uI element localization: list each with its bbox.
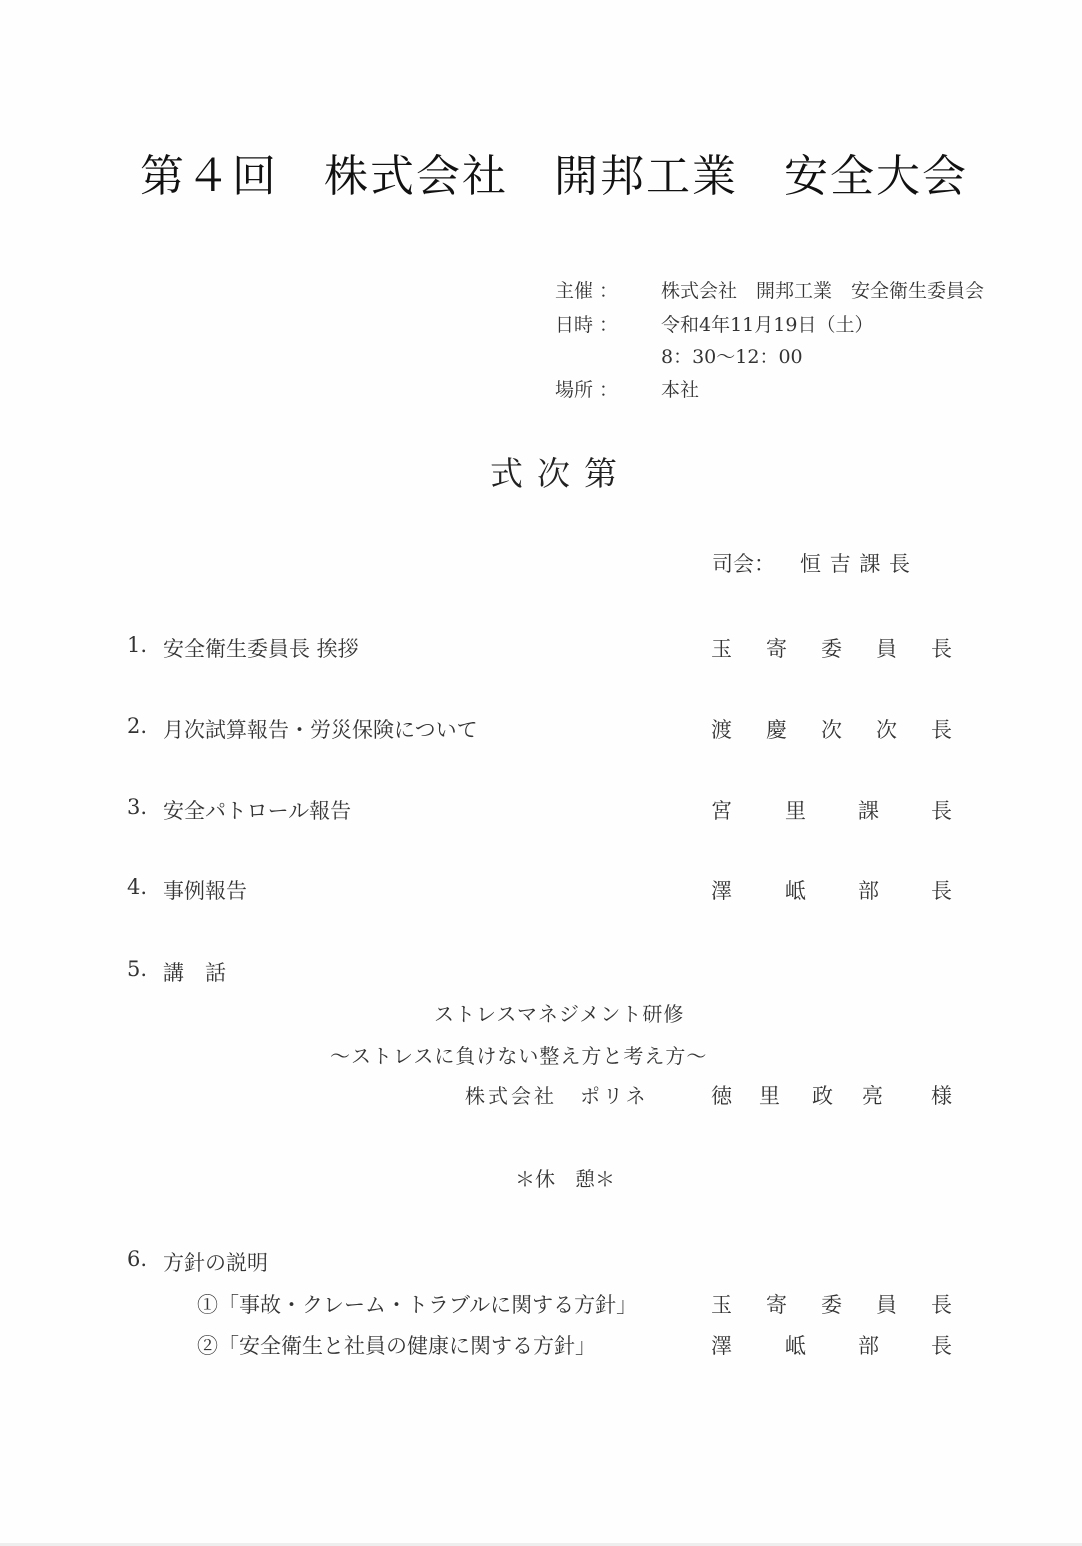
program-heading: 式次第 [490, 448, 631, 495]
speaker-char: 政 [812, 1080, 833, 1110]
item-number: 5. [127, 957, 147, 981]
presenter-char: 員 [876, 633, 897, 663]
lecture-company: 株式会社 ポリネ [465, 1080, 649, 1109]
presenter-char: 委 [821, 633, 842, 663]
presenter-char: 部 [858, 1330, 879, 1360]
presenter-char: 長 [931, 714, 952, 744]
item-text: 安全パトロール報告 [163, 795, 351, 825]
place-value: 本社 [661, 375, 699, 402]
item-number: 6. [127, 1247, 147, 1271]
date-value: 令和4年11月19日（土） [661, 310, 873, 337]
place-label: 場所 ： [555, 375, 618, 402]
document-title: 第４回 株式会社 開邦工業 安全大会 [140, 140, 968, 204]
mc-name: 恒 吉 課 長 [800, 548, 911, 578]
presenter-char: 委 [821, 1289, 842, 1319]
item-text: 講 話 [163, 957, 226, 987]
lecture-subtitle: 〜ストレスに負けない整え方と考え方〜 [330, 1040, 707, 1069]
presenter-char: 寄 [766, 633, 787, 663]
presenter-char: 玉 [711, 1289, 732, 1319]
presenter-char: 次 [821, 714, 842, 744]
presenter-char: 長 [931, 795, 952, 825]
presenter-char: 宮 [711, 795, 732, 825]
item-text: 月次試算報告・労災保険について [163, 714, 478, 744]
presenter-char: 岻 [785, 875, 806, 905]
presenter-char: 慶 [766, 714, 787, 744]
item-number: 2. [127, 714, 147, 738]
item-number: 1. [127, 633, 147, 657]
presenter-char: 寄 [766, 1289, 787, 1319]
organizer-value: 株式会社 開邦工業 安全衛生委員会 [661, 276, 984, 303]
presenter-char: 長 [931, 1289, 952, 1319]
presenter-char: 岻 [785, 1330, 806, 1360]
policy-subitem-1: ①「事故・クレーム・トラブルに関する方針」 [197, 1289, 637, 1319]
policy-subitem-2: ②「安全衛生と社員の健康に関する方針」 [197, 1330, 596, 1360]
speaker-char: 里 [759, 1080, 780, 1110]
presenter-char: 澤 [711, 875, 732, 905]
presenter-char: 澤 [711, 1330, 732, 1360]
item-text: 事例報告 [163, 875, 247, 905]
speaker-char: 徳 [711, 1080, 732, 1110]
item-number: 3. [127, 795, 147, 819]
break-label: ＊休 憩＊ [515, 1163, 615, 1192]
date-label: 日時 ： [555, 310, 618, 337]
presenter-char: 員 [876, 1289, 897, 1319]
time-value: 8：30〜12：00 [661, 342, 803, 369]
organizer-label: 主催 ： [555, 276, 618, 303]
item-number: 4. [127, 875, 147, 899]
presenter-char: 長 [931, 1330, 952, 1360]
speaker-char: 様 [931, 1080, 952, 1110]
mc-label: 司会： [712, 548, 775, 578]
speaker-char: 亮 [862, 1080, 883, 1110]
lecture-title: ストレスマネジメント研修 [434, 998, 684, 1027]
item-text: 安全衛生委員長 挨拶 [163, 633, 359, 663]
presenter-char: 部 [858, 875, 879, 905]
presenter-char: 渡 [711, 714, 732, 744]
presenter-char: 次 [876, 714, 897, 744]
presenter-char: 長 [931, 875, 952, 905]
presenter-char: 玉 [711, 633, 732, 663]
presenter-char: 長 [931, 633, 952, 663]
presenter-char: 課 [858, 795, 879, 825]
item-text: 方針の説明 [163, 1247, 268, 1277]
presenter-char: 里 [785, 795, 806, 825]
